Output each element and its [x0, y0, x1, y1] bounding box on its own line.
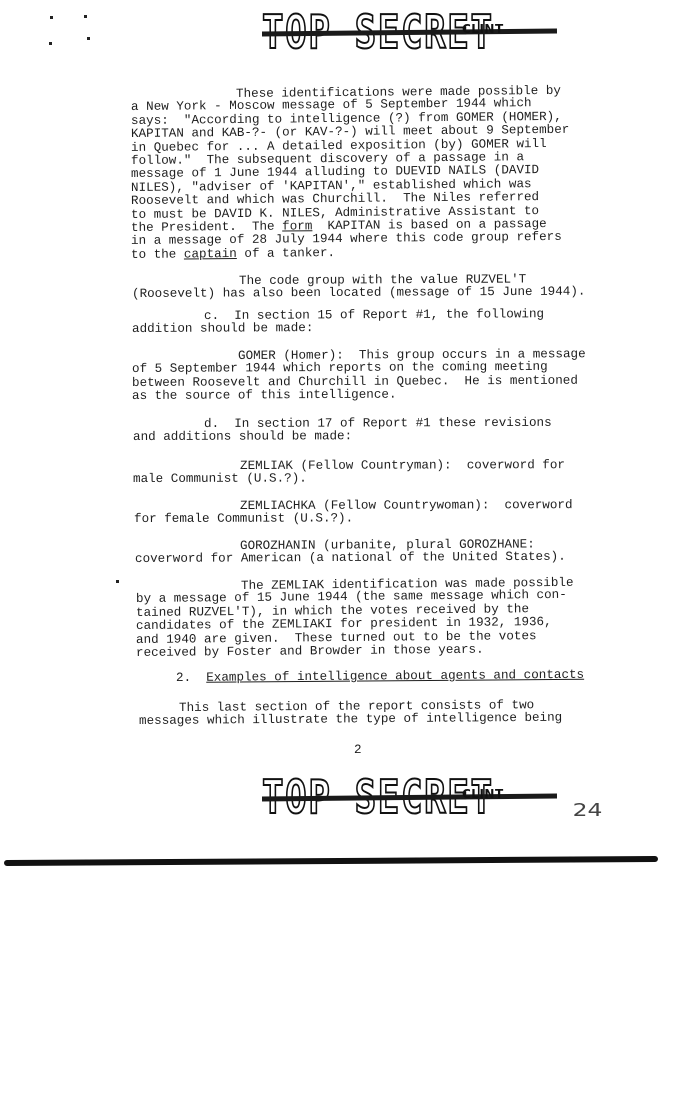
handwritten-folio-number: 24 — [573, 800, 603, 821]
scan-speck — [87, 37, 90, 40]
section-title: Examples of intelligence about agents an… — [206, 668, 584, 685]
text-line: received by Foster and Browder in those … — [136, 644, 484, 660]
text-line: for female Communist (U.S.?). — [134, 513, 353, 527]
scan-speck — [84, 15, 87, 18]
text-line: (Roosevelt) has also been located (messa… — [132, 286, 586, 301]
text-line: addition should be made: — [132, 322, 313, 336]
text-line: male Communist (U.S.?). — [133, 473, 307, 486]
text-line: in a message of 28 July 1944 where this … — [131, 231, 562, 248]
scan-speck — [116, 580, 119, 583]
text-line: messages which illustrate the type of in… — [139, 712, 562, 728]
page-number: 2 — [354, 744, 362, 757]
text-line: as the source of this intelligence. — [132, 389, 397, 403]
scan-speck — [49, 42, 52, 45]
classification-stamp-bottom: TOP SECRET CLINT — [262, 773, 592, 821]
underlined-word: captain — [184, 247, 237, 262]
codeword-text: CLINT — [462, 22, 504, 36]
text-line: coverword for American (a national of th… — [135, 551, 566, 566]
section-heading: 2. Examples of intelligence about agents… — [176, 669, 584, 685]
text-line: and additions should be made: — [133, 431, 352, 445]
text-line: to the captain of a tanker. — [131, 247, 335, 262]
scan-edge-line — [4, 856, 658, 866]
scan-speck — [50, 16, 53, 19]
codeword-text: CLINT — [462, 787, 504, 801]
classification-stamp-top: TOP SECRET CLINT — [262, 8, 592, 56]
section-number: 2. — [176, 671, 206, 685]
